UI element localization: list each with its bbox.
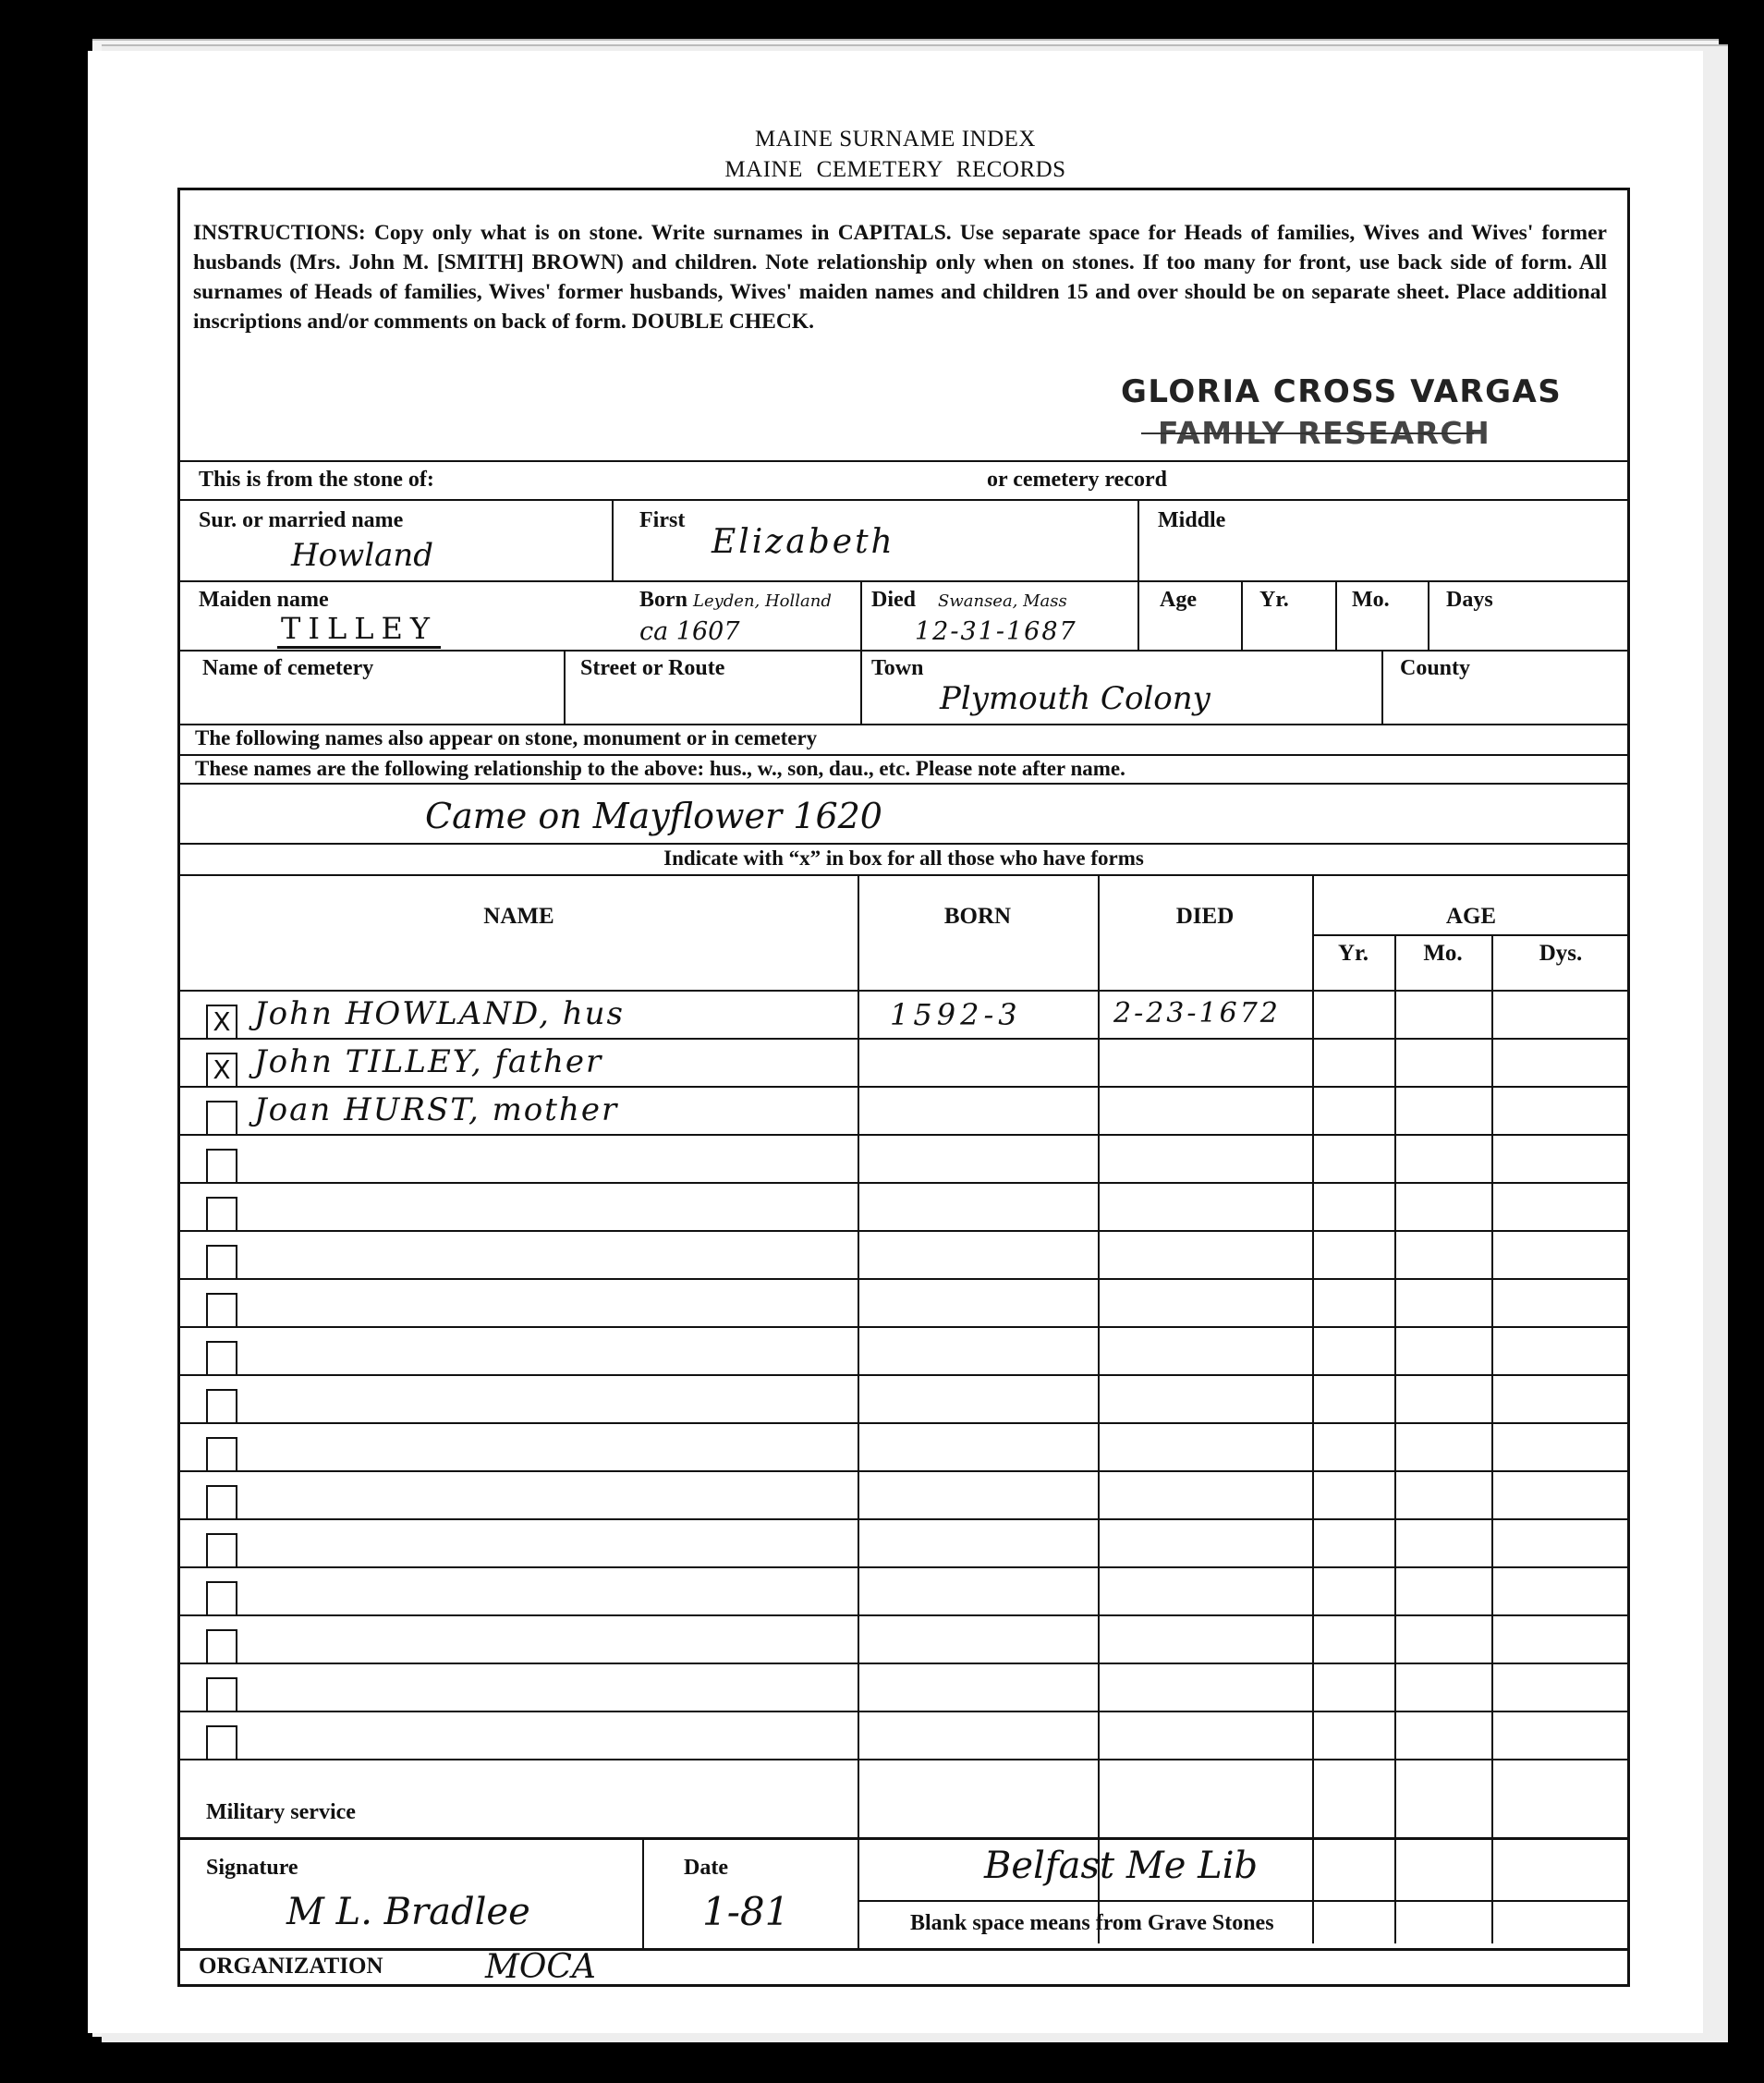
col-header-born: BORN	[858, 904, 1098, 930]
has-form-checkbox[interactable]	[206, 1101, 237, 1134]
age-subheader-divider	[1312, 934, 1627, 936]
table-row: XJohn HOWLAND, hus1592-32-23-1672	[180, 990, 1627, 1038]
died-place-value[interactable]: Swansea, Mass	[938, 591, 1067, 611]
divider	[180, 724, 1627, 725]
maiden-name-value[interactable]: TILLEY	[277, 611, 441, 649]
divider	[180, 460, 1627, 462]
town-value[interactable]: Plymouth Colony	[940, 680, 1210, 717]
col-header-name: NAME	[180, 904, 858, 930]
signature-label: Signature	[206, 1856, 298, 1881]
col-header-dys: Dys.	[1491, 941, 1630, 967]
divider	[180, 1948, 1627, 1951]
col-header-yr: Yr.	[1312, 941, 1394, 967]
table-row	[180, 1614, 1627, 1663]
signature-value[interactable]: M L. Bradlee	[286, 1891, 530, 1933]
born-place-value[interactable]: Leyden, Holland	[693, 591, 832, 611]
table-row	[180, 1182, 1627, 1230]
divider	[860, 580, 862, 724]
divider	[180, 650, 1627, 652]
has-form-checkbox[interactable]	[206, 1149, 237, 1182]
date-value[interactable]: 1-81	[702, 1889, 789, 1934]
age-mo-label: Mo.	[1352, 588, 1390, 613]
divider	[180, 754, 1627, 756]
table-row	[180, 1422, 1627, 1470]
table-row	[180, 1134, 1627, 1182]
relationship-note[interactable]: Came on Mayflower 1620	[425, 796, 882, 836]
table-row: XJohn TILLEY, father	[180, 1038, 1627, 1086]
source-library-value[interactable]: Belfast Me Lib	[984, 1845, 1258, 1887]
organization-value[interactable]: MOCA	[485, 1948, 596, 1986]
table-row	[180, 1518, 1627, 1566]
table-row: Joan HURST, mother	[180, 1086, 1627, 1134]
military-service-label: Military service	[206, 1800, 356, 1825]
divider	[1381, 650, 1383, 724]
row-born[interactable]: 1592-3	[890, 997, 1022, 1032]
has-form-checkbox[interactable]	[206, 1293, 237, 1326]
row-name[interactable]: Joan HURST, mother	[254, 1091, 618, 1128]
divider	[858, 1837, 859, 1948]
age-days-label: Days	[1446, 588, 1493, 613]
form-page: MAINE SURNAME INDEX MAINE CEMETERY RECOR…	[88, 51, 1703, 2033]
col-header-age: AGE	[1312, 904, 1630, 930]
first-name-label: First	[639, 508, 685, 533]
divider	[642, 1837, 644, 1948]
maiden-name-label: Maiden name	[199, 588, 329, 613]
table-row	[180, 1326, 1627, 1374]
table-row	[180, 1663, 1627, 1711]
has-form-checkbox[interactable]	[206, 1245, 237, 1278]
has-form-checkbox[interactable]	[206, 1677, 237, 1711]
has-form-checkbox[interactable]	[206, 1485, 237, 1518]
first-name-value[interactable]: Elizabeth	[712, 523, 895, 561]
surname-label: Sur. or married name	[199, 508, 403, 533]
indicate-x-label: Indicate with “x” in box for all those w…	[180, 847, 1627, 871]
has-form-checkbox[interactable]: X	[206, 1053, 237, 1086]
divider	[564, 650, 566, 724]
cemetery-record-form: INSTRUCTIONS: Copy only what is on stone…	[177, 188, 1630, 1987]
research-stamp-name: GLORIA CROSS VARGAS	[1121, 373, 1562, 410]
relationship-instructions: These names are the following relationsh…	[195, 757, 1125, 781]
checkbox-mark: X	[208, 1054, 236, 1086]
divider	[180, 1759, 1627, 1760]
divider	[1428, 580, 1429, 650]
stamp-strikethrough	[1141, 432, 1474, 434]
divider	[180, 580, 1627, 582]
died-label: Died	[871, 588, 916, 613]
cemetery-record-label: or cemetery record	[987, 468, 1167, 493]
divider	[180, 1837, 1627, 1840]
organization-label: ORGANIZATION	[199, 1954, 383, 1979]
date-label: Date	[684, 1856, 728, 1881]
has-form-checkbox[interactable]: X	[206, 1005, 237, 1038]
born-label: Born	[639, 588, 687, 613]
divider	[180, 843, 1627, 845]
row-name[interactable]: John TILLEY, father	[254, 1043, 602, 1080]
form-subtitle: MAINE CEMETERY RECORDS	[88, 157, 1703, 183]
table-row	[180, 1711, 1627, 1759]
divider	[180, 874, 1627, 876]
checkbox-mark: X	[208, 1006, 236, 1038]
has-form-checkbox[interactable]	[206, 1389, 237, 1422]
street-label: Street or Route	[580, 656, 724, 681]
died-date-value[interactable]: 12-31-1687	[915, 617, 1077, 646]
divider	[180, 783, 1627, 785]
has-form-checkbox[interactable]	[206, 1725, 237, 1759]
county-label: County	[1400, 656, 1470, 681]
stone-label: This is from the stone of:	[199, 468, 434, 493]
has-form-checkbox[interactable]	[206, 1629, 237, 1663]
col-header-mo: Mo.	[1394, 941, 1491, 967]
instructions-text: INSTRUCTIONS: Copy only what is on stone…	[193, 218, 1607, 336]
age-label: Age	[1160, 588, 1197, 613]
has-form-checkbox[interactable]	[206, 1581, 237, 1614]
surname-value[interactable]: Howland	[291, 537, 433, 574]
divider	[612, 499, 614, 580]
middle-name-label: Middle	[1158, 508, 1225, 533]
form-title: MAINE SURNAME INDEX	[88, 127, 1703, 152]
divider	[1335, 580, 1337, 650]
table-row	[180, 1566, 1627, 1614]
town-label: Town	[871, 656, 923, 681]
has-form-checkbox[interactable]	[206, 1437, 237, 1470]
has-form-checkbox[interactable]	[206, 1341, 237, 1374]
table-row	[180, 1470, 1627, 1518]
col-header-died: DIED	[1098, 904, 1312, 930]
row-died[interactable]: 2-23-1672	[1113, 997, 1281, 1029]
divider	[180, 499, 1627, 501]
age-yr-label: Yr.	[1259, 588, 1289, 613]
has-form-checkbox[interactable]	[206, 1533, 237, 1566]
has-form-checkbox[interactable]	[206, 1197, 237, 1230]
cemetery-name-label: Name of cemetery	[202, 656, 373, 681]
divider	[1241, 580, 1243, 650]
born-date-value[interactable]: ca 1607	[639, 617, 740, 646]
table-row	[180, 1278, 1627, 1326]
divider	[1137, 499, 1139, 650]
table-row	[180, 1374, 1627, 1422]
table-row	[180, 1230, 1627, 1278]
also-appear-label: The following names also appear on stone…	[195, 726, 817, 750]
blank-space-note: Blank space means from Grave Stones	[910, 1911, 1274, 1936]
divider	[858, 1900, 1627, 1902]
row-name[interactable]: John HOWLAND, hus	[254, 995, 625, 1032]
